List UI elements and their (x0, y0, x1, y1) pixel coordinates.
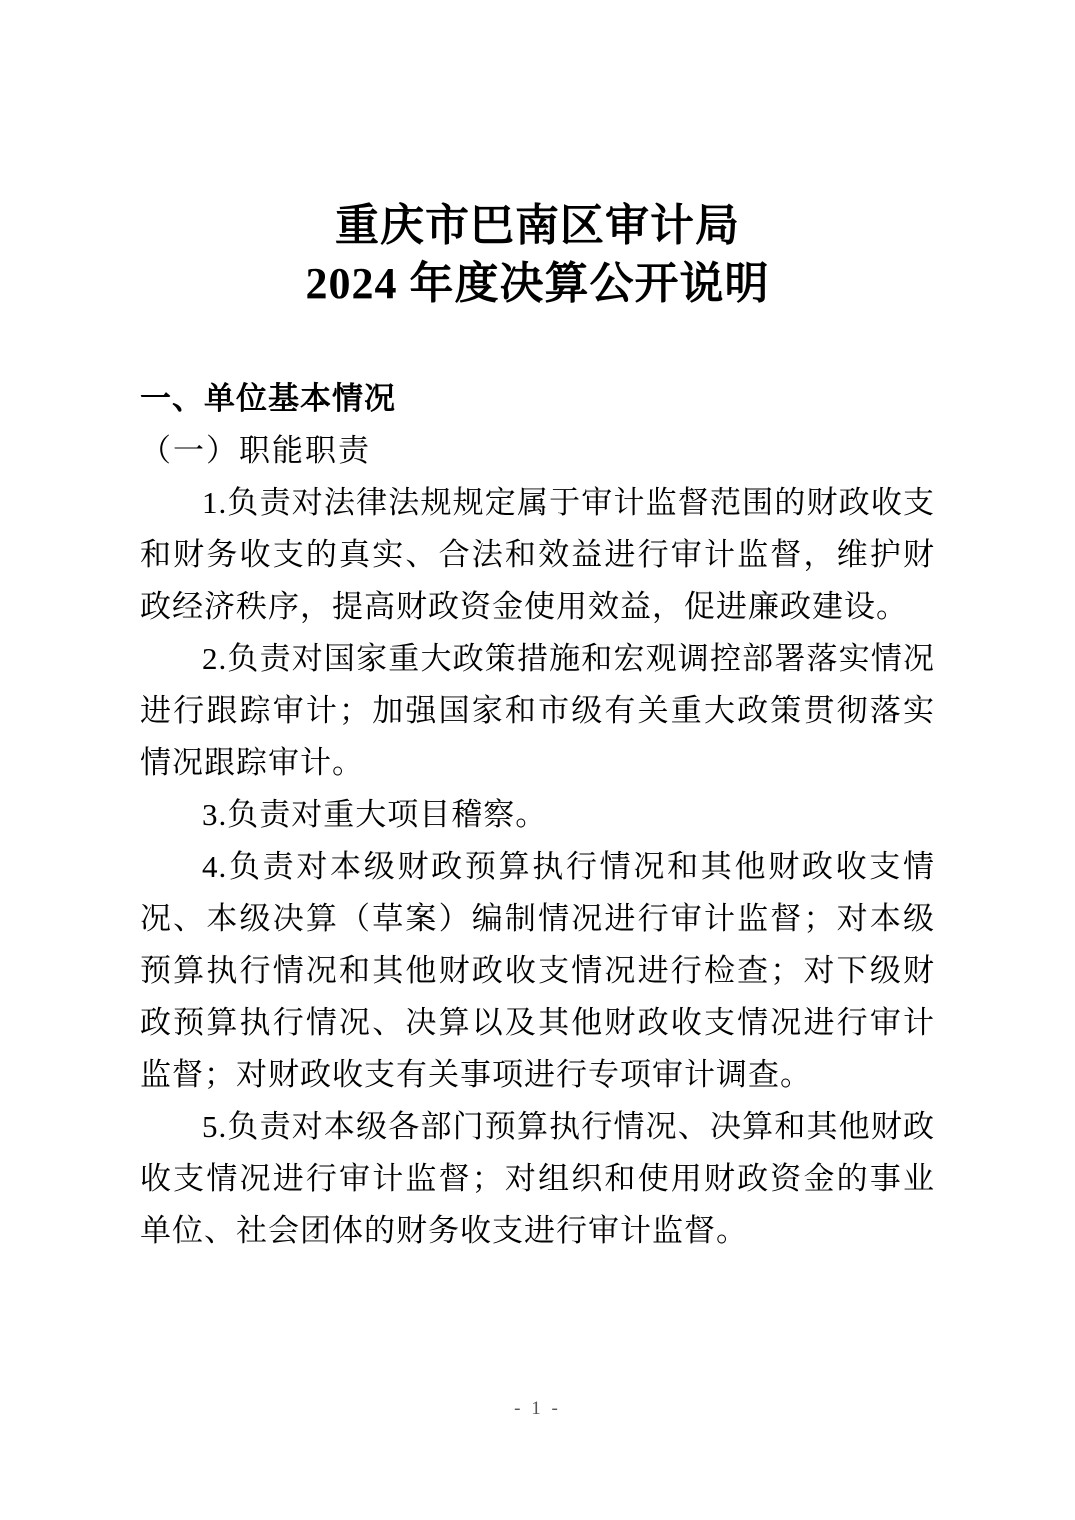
document-title-line2: 2024 年度决算公开说明 (140, 255, 935, 313)
document-body: 1.负责对法律法规规定属于审计监督范围的财政收支和财务收支的真实、合法和效益进行… (140, 477, 935, 1257)
document-title-line1: 重庆市巴南区审计局 (140, 197, 935, 255)
page-number: - 1 - (0, 1398, 1075, 1420)
document-title: 重庆市巴南区审计局 2024 年度决算公开说明 (140, 197, 935, 313)
paragraph-duty-5: 5.负责对本级各部门预算执行情况、决算和其他财政收支情况进行审计监督；对组织和使… (140, 1101, 935, 1257)
section-heading-basic-info: 一、单位基本情况 (140, 373, 935, 425)
paragraph-duty-1: 1.负责对法律法规规定属于审计监督范围的财政收支和财务收支的真实、合法和效益进行… (140, 477, 935, 633)
document-page: 重庆市巴南区审计局 2024 年度决算公开说明 一、单位基本情况 （一）职能职责… (0, 0, 1075, 1520)
subsection-heading-duties: （一）职能职责 (140, 425, 935, 477)
paragraph-duty-3: 3.负责对重大项目稽察。 (140, 789, 935, 841)
paragraph-duty-4: 4.负责对本级财政预算执行情况和其他财政收支情况、本级决算（草案）编制情况进行审… (140, 841, 935, 1101)
paragraph-duty-2: 2.负责对国家重大政策措施和宏观调控部署落实情况进行跟踪审计；加强国家和市级有关… (140, 633, 935, 789)
